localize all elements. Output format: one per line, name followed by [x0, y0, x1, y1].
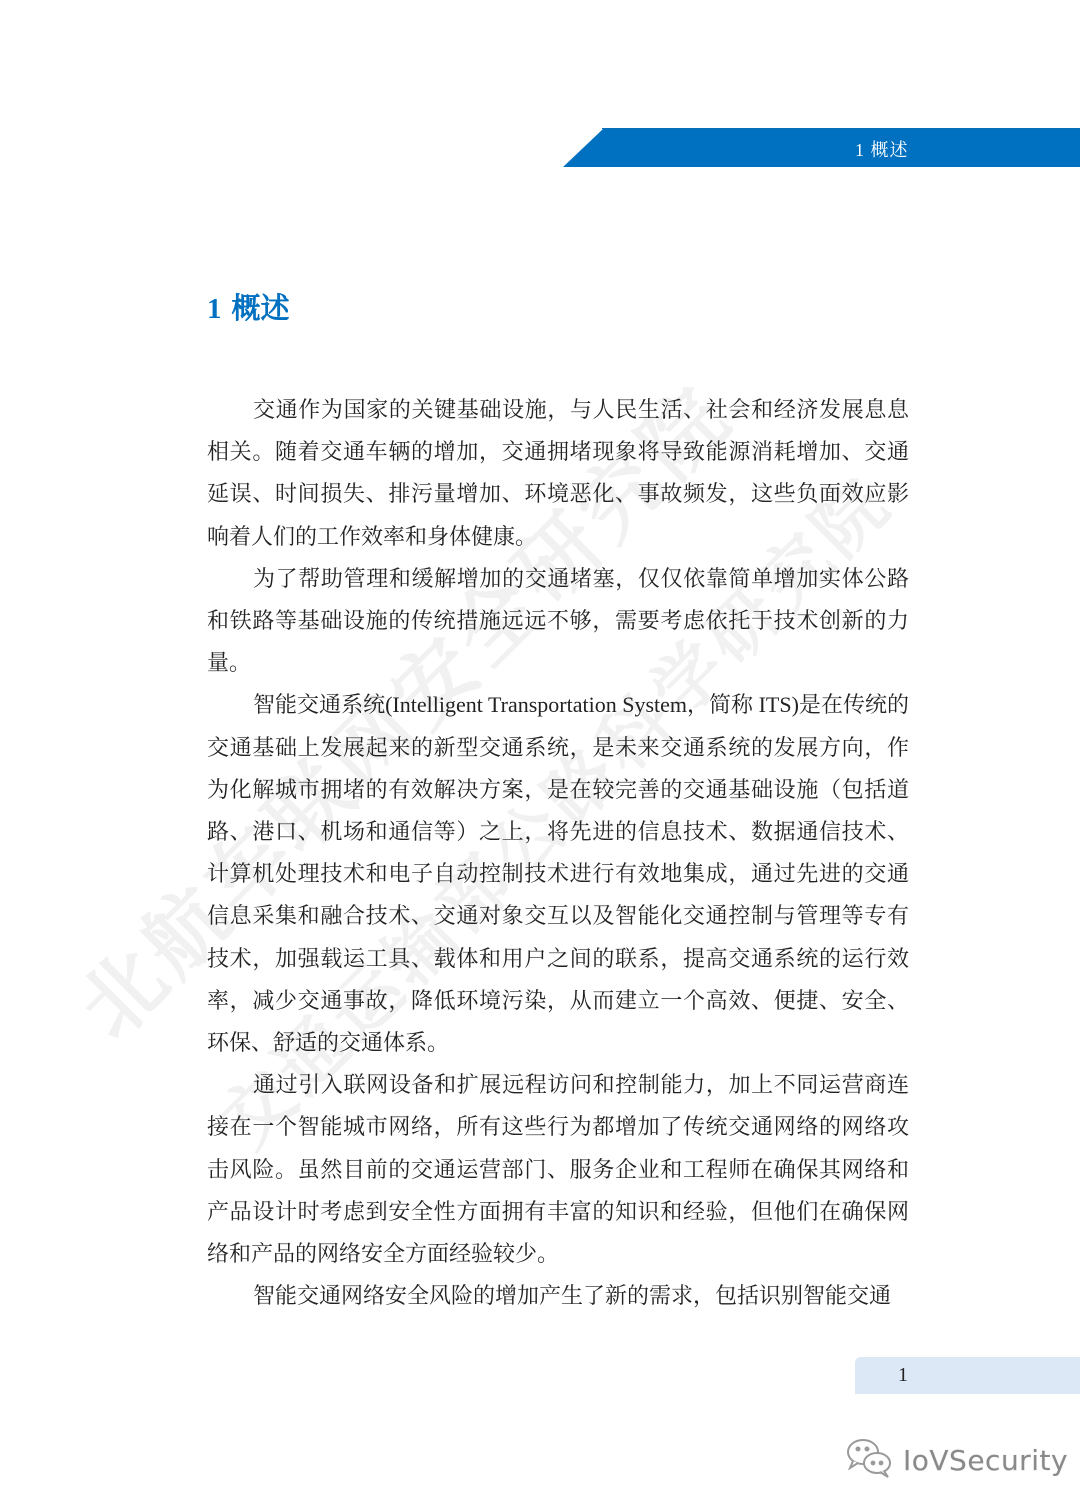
paragraph: 智能交通网络安全风险的增加产生了新的需求，包括识别智能交通	[207, 1275, 909, 1317]
chapter-title: 1概述	[207, 286, 290, 327]
header-rule	[602, 128, 1080, 129]
wechat-icon	[845, 1436, 897, 1485]
paragraph: 为了帮助管理和缓解增加的交通堵塞，仅仅依靠简单增加实体公路和铁路等基础设施的传统…	[207, 558, 909, 685]
wechat-account-watermark: IoVSecurity	[845, 1438, 1068, 1482]
wechat-account-name: IoVSecurity	[903, 1444, 1068, 1477]
body-text: 交通作为国家的关键基础设施，与人民生活、社会和经济发展息息相关。随着交通车辆的增…	[207, 389, 909, 1317]
chapter-title-text: 概述	[232, 291, 290, 325]
paragraph: 交通作为国家的关键基础设施，与人民生活、社会和经济发展息息相关。随着交通车辆的增…	[207, 389, 909, 558]
paragraph: 通过引入联网设备和扩展远程访问和控制能力，加上不同运营商连接在一个智能城市网络，…	[207, 1064, 909, 1275]
page-number: 1	[898, 1364, 908, 1387]
running-header: 1 概述	[855, 136, 909, 162]
paragraph: 智能交通系统(Intelligent Transportation System…	[207, 684, 909, 1064]
chapter-number: 1	[207, 293, 222, 325]
section-header-band	[563, 129, 1080, 167]
page-number-box	[855, 1357, 1080, 1394]
